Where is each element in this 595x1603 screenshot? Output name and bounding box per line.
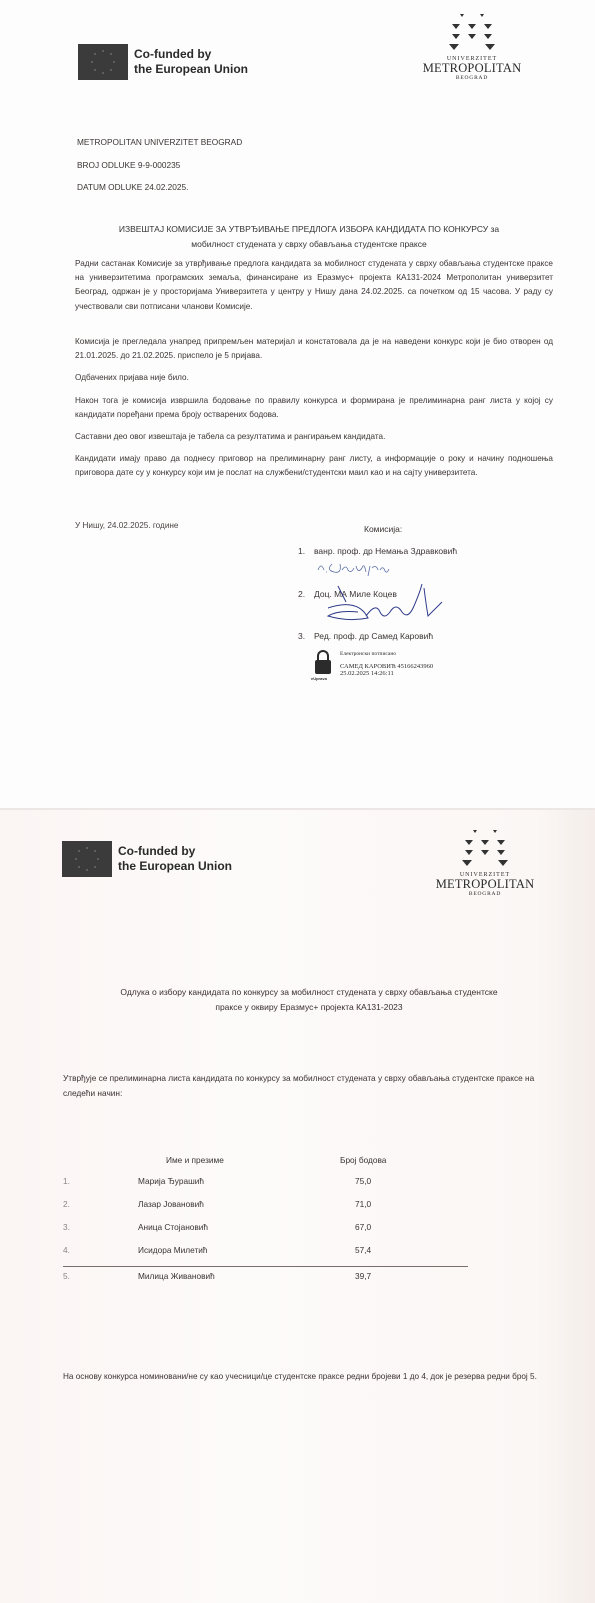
report-title-line-1: ИЗВЕШТАЈ КОМИСИЈЕ ЗА УТВРЂИВАЊЕ ПРЕДЛОГА… [62,222,556,237]
eu-cofunded-logo-p2: Co-funded by the European Union [62,841,232,877]
logo-university-name: METROPOLITAN [435,878,535,891]
report-title-line-2: мобилност студената у сврху обављања сту… [62,237,556,252]
paragraph-meeting: Радни састанак Комисије за утврђивање пр… [75,257,553,314]
eu-flag-icon [78,44,128,80]
eu-cofunded-logo: Co-funded by the European Union [78,44,248,80]
candidate-points: 71,0 [355,1199,371,1209]
commission-member-1: 1.ванр. проф. др Немања Здравковић [298,546,457,556]
institution-name: METROPOLITAN UNIVERZITET BEOGRAD [77,137,242,147]
candidate-ranking-table: Име и презиме Број бодова 1. Марија Ђура… [63,1155,468,1294]
paragraph-rejected: Одбачених пријава није било. [75,371,553,385]
eu-line-1: Co-funded by [134,47,248,62]
candidate-name: Марија Ђурашић [138,1176,204,1186]
eu-line-2: the European Union [134,62,248,77]
column-header-name: Име и презиме [166,1155,224,1165]
signature-member-1 [314,556,404,578]
eu-line-2: the European Union [118,859,232,874]
table-row: 5. Милица Живановић 39,7 [63,1271,468,1294]
table-row: 1. Марија Ђурашић 75,0 [63,1176,468,1199]
report-title: ИЗВЕШТАЈ КОМИСИЈЕ ЗА УТВРЂИВАЊЕ ПРЕДЛОГА… [62,222,556,252]
candidate-name: Исидора Милетић [138,1245,208,1255]
decision-number: BROJ ODLUKE 9-9-000235 [77,160,180,170]
signature-member-2 [318,582,463,624]
table-header: Име и презиме Број бодова [63,1155,468,1176]
decision-title-line-2: праксе у оквиру Еразмус+ пројекта КА131-… [62,1000,556,1015]
nomination-note: На основу конкурса номиновани/не су као … [63,1369,553,1384]
metropolitan-logo: UNIVERZITET METROPOLITAN BEOGRAD [422,14,522,81]
member-name: ванр. проф. др Немања Здравковић [314,546,457,556]
decision-title-line-1: Одлука о избору кандидата по конкурсу за… [62,985,556,1000]
esig-label: Електронски потписано [340,651,396,657]
candidate-points: 67,0 [355,1222,371,1232]
table-divider [63,1266,468,1267]
decision-title: Одлука о избору кандидата по конкурсу за… [62,985,556,1015]
table-row: 2. Лазар Јовановић 71,0 [63,1199,468,1222]
candidate-points: 39,7 [355,1271,371,1281]
paragraph-applications: Комисија је прегледала унапред припремље… [75,335,553,363]
eupava-caption: eUprava [311,676,327,681]
paragraph-table-note: Саставни део овог извештаја је табела са… [75,430,553,444]
paragraph-scoring: Након тога је комисија извршила бодовање… [75,394,553,422]
document-page-1: Co-funded by the European Union UNIVERZI… [0,0,595,810]
table-row: 3. Аница Стојановић 67,0 [63,1222,468,1245]
candidate-name: Лазар Јовановић [138,1199,204,1209]
commission-member-3: 3.Ред. проф. др Самед Каровић [298,631,433,641]
commission-label: Комисија: [364,524,402,534]
logo-university-name: METROPOLITAN [422,62,522,75]
decision-intro: Утврђује се прелиминарна листа кандидата… [63,1071,553,1101]
candidate-points: 57,4 [355,1245,371,1255]
eu-line-1: Co-funded by [118,844,232,859]
eu-flag-icon [62,841,112,877]
place-and-date: У Нишу, 24.02.2025. године [75,521,179,530]
candidate-name: Аница Стојановић [138,1222,208,1232]
logo-city: BEOGRAD [422,75,522,81]
electronic-signature: eUprava Електронски потписано САМЕД КАРО… [313,648,483,688]
esig-timestamp: 25.02.2025 14:26:11 [340,670,394,677]
candidate-points: 75,0 [355,1176,371,1186]
member-name: Ред. проф. др Самед Каровић [314,631,433,641]
column-header-points: Број бодова [340,1155,386,1165]
esig-signer: САМЕД КАРОВИЋ 45166243960 [340,663,433,670]
metropolitan-logo-p2: UNIVERZITET METROPOLITAN BEOGRAD [435,830,535,897]
candidate-name: Милица Живановић [138,1271,215,1281]
table-row: 4. Исидора Милетић 57,4 [63,1245,468,1268]
decision-date: DATUM ODLUKE 24.02.2025. [77,182,188,192]
logo-city: BEOGRAD [435,891,535,897]
paragraph-appeal: Кандидати имају право да поднесу пригово… [75,452,553,480]
